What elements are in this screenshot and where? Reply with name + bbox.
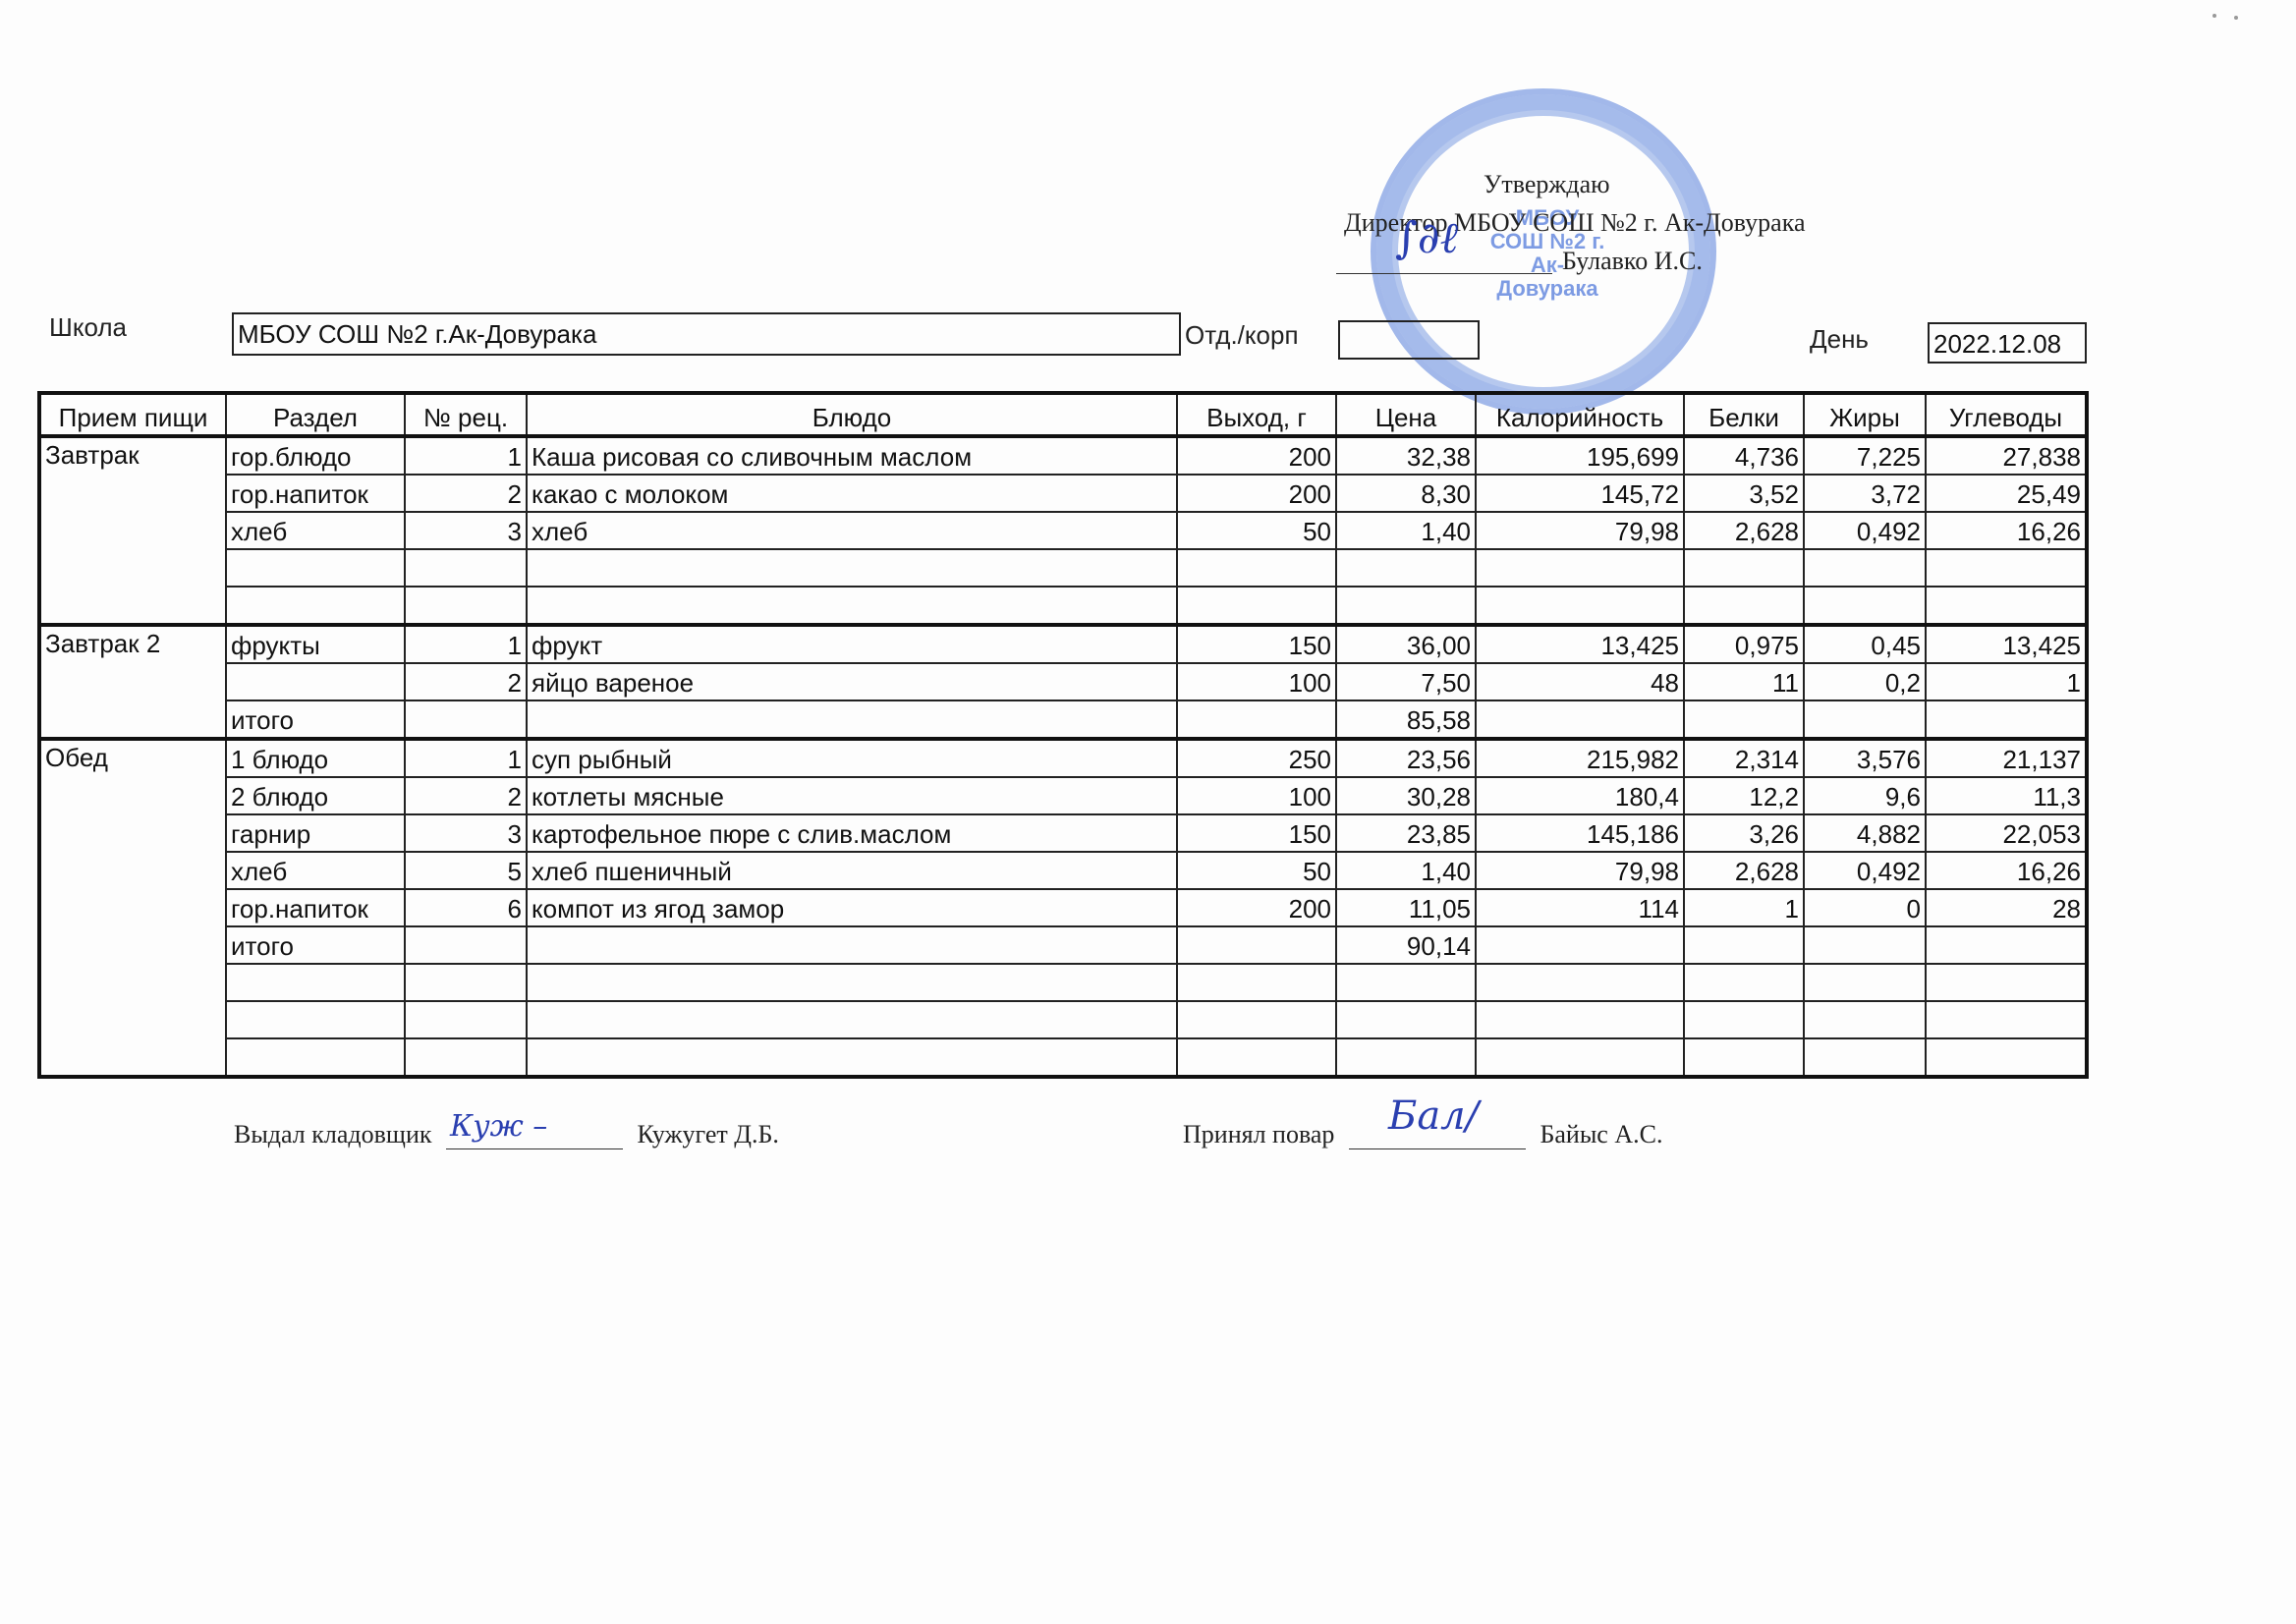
kcal-cell <box>1476 549 1684 587</box>
received-name: Байыс А.С. <box>1540 1120 1662 1148</box>
table-row <box>39 964 2087 1001</box>
kcal-cell <box>1476 926 1684 964</box>
kcal-cell: 180,4 <box>1476 777 1684 814</box>
meal-cell: Завтрак <box>39 436 226 625</box>
dish-cell <box>527 964 1177 1001</box>
dish-cell <box>527 587 1177 625</box>
carbs-cell <box>1926 964 2087 1001</box>
fat-cell: 0,45 <box>1804 625 1926 663</box>
fat-cell <box>1804 1001 1926 1038</box>
price-cell: 23,56 <box>1336 739 1476 777</box>
approval-title: Утверждаю <box>1484 165 1610 203</box>
protein-cell: 3,52 <box>1684 475 1804 512</box>
fat-cell <box>1804 549 1926 587</box>
fat-cell: 4,882 <box>1804 814 1926 852</box>
section-cell: гарнир <box>226 814 405 852</box>
recipe-cell <box>405 964 527 1001</box>
storekeeper-signature-icon: Куж – <box>450 1109 547 1144</box>
price-cell: 85,58 <box>1336 700 1476 739</box>
protein-cell: 2,314 <box>1684 739 1804 777</box>
protein-cell <box>1684 700 1804 739</box>
recipe-cell: 5 <box>405 852 527 889</box>
recipe-cell: 1 <box>405 739 527 777</box>
kcal-cell: 145,186 <box>1476 814 1684 852</box>
issued-label: Выдал кладовщик <box>234 1120 432 1148</box>
recipe-cell: 1 <box>405 436 527 475</box>
table-row: гарнир3картофельное пюре с слив.маслом15… <box>39 814 2087 852</box>
table-row: итого90,14 <box>39 926 2087 964</box>
col-fat: Жиры <box>1804 393 1926 436</box>
scan-artifact-dot <box>2212 14 2216 18</box>
table-header-row: Прием пищи Раздел № рец. Блюдо Выход, г … <box>39 393 2087 436</box>
price-cell: 1,40 <box>1336 512 1476 549</box>
fat-cell: 3,576 <box>1804 739 1926 777</box>
yield-cell: 100 <box>1177 777 1336 814</box>
meal-cell: Завтрак 2 <box>39 625 226 739</box>
section-cell: фрукты <box>226 625 405 663</box>
carbs-cell: 25,49 <box>1926 475 2087 512</box>
yield-cell: 200 <box>1177 475 1336 512</box>
dish-cell <box>527 700 1177 739</box>
approval-signature-line <box>1336 273 1552 274</box>
table-row: Завтрак 2фрукты1фрукт15036,0013,4250,975… <box>39 625 2087 663</box>
protein-cell: 0,975 <box>1684 625 1804 663</box>
col-recipe: № рец. <box>405 393 527 436</box>
dish-cell: яйцо вареное <box>527 663 1177 700</box>
carbs-cell: 11,3 <box>1926 777 2087 814</box>
col-meal: Прием пищи <box>39 393 226 436</box>
fat-cell: 0 <box>1804 889 1926 926</box>
carbs-cell <box>1926 1038 2087 1077</box>
recipe-cell: 2 <box>405 777 527 814</box>
col-yield: Выход, г <box>1177 393 1336 436</box>
yield-cell <box>1177 587 1336 625</box>
recipe-cell: 6 <box>405 889 527 926</box>
yield-cell: 200 <box>1177 889 1336 926</box>
dish-cell: картофельное пюре с слив.маслом <box>527 814 1177 852</box>
fat-cell <box>1804 964 1926 1001</box>
section-cell: 2 блюдо <box>226 777 405 814</box>
carbs-cell: 16,26 <box>1926 852 2087 889</box>
recipe-cell: 2 <box>405 475 527 512</box>
table-row: 2яйцо вареное1007,5048110,21 <box>39 663 2087 700</box>
yield-cell: 200 <box>1177 436 1336 475</box>
received-signature-line: Бал∕ <box>1349 1121 1526 1149</box>
dish-cell: хлеб пшеничный <box>527 852 1177 889</box>
kcal-cell: 145,72 <box>1476 475 1684 512</box>
recipe-cell <box>405 926 527 964</box>
price-cell <box>1336 1038 1476 1077</box>
section-cell <box>226 964 405 1001</box>
carbs-cell: 28 <box>1926 889 2087 926</box>
price-cell: 23,85 <box>1336 814 1476 852</box>
col-price: Цена <box>1336 393 1476 436</box>
yield-cell <box>1177 1001 1336 1038</box>
kcal-cell: 215,982 <box>1476 739 1684 777</box>
issued-signature-line: Куж – <box>446 1121 623 1149</box>
kcal-cell: 79,98 <box>1476 512 1684 549</box>
table-row <box>39 587 2087 625</box>
recipe-cell: 1 <box>405 625 527 663</box>
yield-cell: 50 <box>1177 512 1336 549</box>
fat-cell <box>1804 700 1926 739</box>
price-cell: 8,30 <box>1336 475 1476 512</box>
section-cell: гор.напиток <box>226 889 405 926</box>
yield-cell <box>1177 549 1336 587</box>
director-signature-icon: ∫∂ℓ <box>1395 219 1458 257</box>
price-cell: 90,14 <box>1336 926 1476 964</box>
dept-field[interactable] <box>1338 320 1480 360</box>
approval-name: Булавко И.С. <box>1562 242 1703 280</box>
section-cell: итого <box>226 926 405 964</box>
col-section: Раздел <box>226 393 405 436</box>
carbs-cell: 27,838 <box>1926 436 2087 475</box>
fat-cell: 9,6 <box>1804 777 1926 814</box>
protein-cell <box>1684 1001 1804 1038</box>
dish-cell: компот из ягод замор <box>527 889 1177 926</box>
protein-cell: 2,628 <box>1684 512 1804 549</box>
price-cell <box>1336 1001 1476 1038</box>
kcal-cell <box>1476 700 1684 739</box>
section-cell: гор.напиток <box>226 475 405 512</box>
price-cell: 36,00 <box>1336 625 1476 663</box>
section-cell <box>226 663 405 700</box>
price-cell: 30,28 <box>1336 777 1476 814</box>
recipe-cell <box>405 1038 527 1077</box>
table-row: хлеб5хлеб пшеничный501,4079,982,6280,492… <box>39 852 2087 889</box>
price-cell: 11,05 <box>1336 889 1476 926</box>
fat-cell <box>1804 587 1926 625</box>
table-row <box>39 549 2087 587</box>
yield-cell <box>1177 700 1336 739</box>
table-row <box>39 1038 2087 1077</box>
dish-cell <box>527 549 1177 587</box>
section-cell: итого <box>226 700 405 739</box>
table-row: гор.напиток2какао с молоком2008,30145,72… <box>39 475 2087 512</box>
kcal-cell <box>1476 964 1684 1001</box>
scan-artifact-dot <box>2234 16 2238 20</box>
price-cell <box>1336 587 1476 625</box>
kcal-cell: 48 <box>1476 663 1684 700</box>
fat-cell: 0,492 <box>1804 852 1926 889</box>
section-cell <box>226 587 405 625</box>
protein-cell: 1 <box>1684 889 1804 926</box>
protein-cell: 3,26 <box>1684 814 1804 852</box>
issued-by: Выдал кладовщик Куж – Кужугет Д.Б. <box>234 1120 779 1149</box>
dish-cell: Каша рисовая со сливочным маслом <box>527 436 1177 475</box>
yield-cell <box>1177 926 1336 964</box>
recipe-cell <box>405 700 527 739</box>
yield-cell: 100 <box>1177 663 1336 700</box>
fat-cell: 0,2 <box>1804 663 1926 700</box>
carbs-cell <box>1926 587 2087 625</box>
price-cell: 7,50 <box>1336 663 1476 700</box>
section-cell: хлеб <box>226 512 405 549</box>
table-row <box>39 1001 2087 1038</box>
protein-cell: 2,628 <box>1684 852 1804 889</box>
fat-cell <box>1804 926 1926 964</box>
recipe-cell <box>405 549 527 587</box>
protein-cell: 11 <box>1684 663 1804 700</box>
kcal-cell: 195,699 <box>1476 436 1684 475</box>
received-label: Принял повар <box>1183 1120 1334 1148</box>
recipe-cell <box>405 1001 527 1038</box>
price-cell: 1,40 <box>1336 852 1476 889</box>
received-by: Принял повар Бал∕ Байыс А.С. <box>1183 1120 1662 1149</box>
carbs-cell <box>1926 700 2087 739</box>
dish-cell: какао с молоком <box>527 475 1177 512</box>
carbs-cell <box>1926 549 2087 587</box>
fat-cell: 3,72 <box>1804 475 1926 512</box>
col-dish: Блюдо <box>527 393 1177 436</box>
section-cell: гор.блюдо <box>226 436 405 475</box>
cook-signature-icon: Бал∕ <box>1388 1093 1479 1139</box>
school-label: Школа <box>49 312 127 343</box>
carbs-cell <box>1926 1001 2087 1038</box>
protein-cell: 4,736 <box>1684 436 1804 475</box>
price-cell: 32,38 <box>1336 436 1476 475</box>
fat-cell <box>1804 1038 1926 1077</box>
col-kcal: Калорийность <box>1476 393 1684 436</box>
fat-cell: 0,492 <box>1804 512 1926 549</box>
section-cell <box>226 549 405 587</box>
recipe-cell <box>405 587 527 625</box>
section-cell <box>226 1001 405 1038</box>
protein-cell <box>1684 587 1804 625</box>
carbs-cell: 1 <box>1926 663 2087 700</box>
day-field[interactable]: 2022.12.08 <box>1928 322 2087 364</box>
table-row: хлеб3хлеб501,4079,982,6280,49216,26 <box>39 512 2087 549</box>
menu-table: Прием пищи Раздел № рец. Блюдо Выход, г … <box>37 391 2089 1079</box>
protein-cell <box>1684 926 1804 964</box>
protein-cell <box>1684 549 1804 587</box>
table-row: гор.напиток6компот из ягод замор20011,05… <box>39 889 2087 926</box>
protein-cell <box>1684 964 1804 1001</box>
meal-cell: Обед <box>39 739 226 1077</box>
col-protein: Белки <box>1684 393 1804 436</box>
yield-cell: 150 <box>1177 625 1336 663</box>
yield-cell: 150 <box>1177 814 1336 852</box>
protein-cell: 12,2 <box>1684 777 1804 814</box>
table-row: итого85,58 <box>39 700 2087 739</box>
kcal-cell <box>1476 587 1684 625</box>
yield-cell <box>1177 1038 1336 1077</box>
dish-cell: хлеб <box>527 512 1177 549</box>
kcal-cell: 13,425 <box>1476 625 1684 663</box>
kcal-cell: 114 <box>1476 889 1684 926</box>
carbs-cell <box>1926 926 2087 964</box>
protein-cell <box>1684 1038 1804 1077</box>
yield-cell <box>1177 964 1336 1001</box>
fat-cell: 7,225 <box>1804 436 1926 475</box>
price-cell <box>1336 964 1476 1001</box>
dish-cell <box>527 1038 1177 1077</box>
carbs-cell: 22,053 <box>1926 814 2087 852</box>
dish-cell <box>527 926 1177 964</box>
col-carbs: Углеводы <box>1926 393 2087 436</box>
carbs-cell: 13,425 <box>1926 625 2087 663</box>
kcal-cell: 79,98 <box>1476 852 1684 889</box>
table-row: Завтракгор.блюдо1Каша рисовая со сливочн… <box>39 436 2087 475</box>
table-row: Обед1 блюдо1суп рыбный25023,56215,9822,3… <box>39 739 2087 777</box>
section-cell: 1 блюдо <box>226 739 405 777</box>
day-label: День <box>1810 324 1869 355</box>
recipe-cell: 3 <box>405 814 527 852</box>
dish-cell: суп рыбный <box>527 739 1177 777</box>
kcal-cell <box>1476 1038 1684 1077</box>
kcal-cell <box>1476 1001 1684 1038</box>
table-row: 2 блюдо2котлеты мясные10030,28180,412,29… <box>39 777 2087 814</box>
price-cell <box>1336 549 1476 587</box>
dish-cell <box>527 1001 1177 1038</box>
issued-name: Кужугет Д.Б. <box>638 1120 779 1148</box>
dept-label: Отд./корп <box>1185 320 1299 351</box>
section-cell: хлеб <box>226 852 405 889</box>
yield-cell: 50 <box>1177 852 1336 889</box>
yield-cell: 250 <box>1177 739 1336 777</box>
recipe-cell: 3 <box>405 512 527 549</box>
recipe-cell: 2 <box>405 663 527 700</box>
dish-cell: котлеты мясные <box>527 777 1177 814</box>
dish-cell: фрукт <box>527 625 1177 663</box>
carbs-cell: 21,137 <box>1926 739 2087 777</box>
section-cell <box>226 1038 405 1077</box>
carbs-cell: 16,26 <box>1926 512 2087 549</box>
school-field[interactable]: МБОУ СОШ №2 г.Ак-Довурака <box>232 312 1181 356</box>
